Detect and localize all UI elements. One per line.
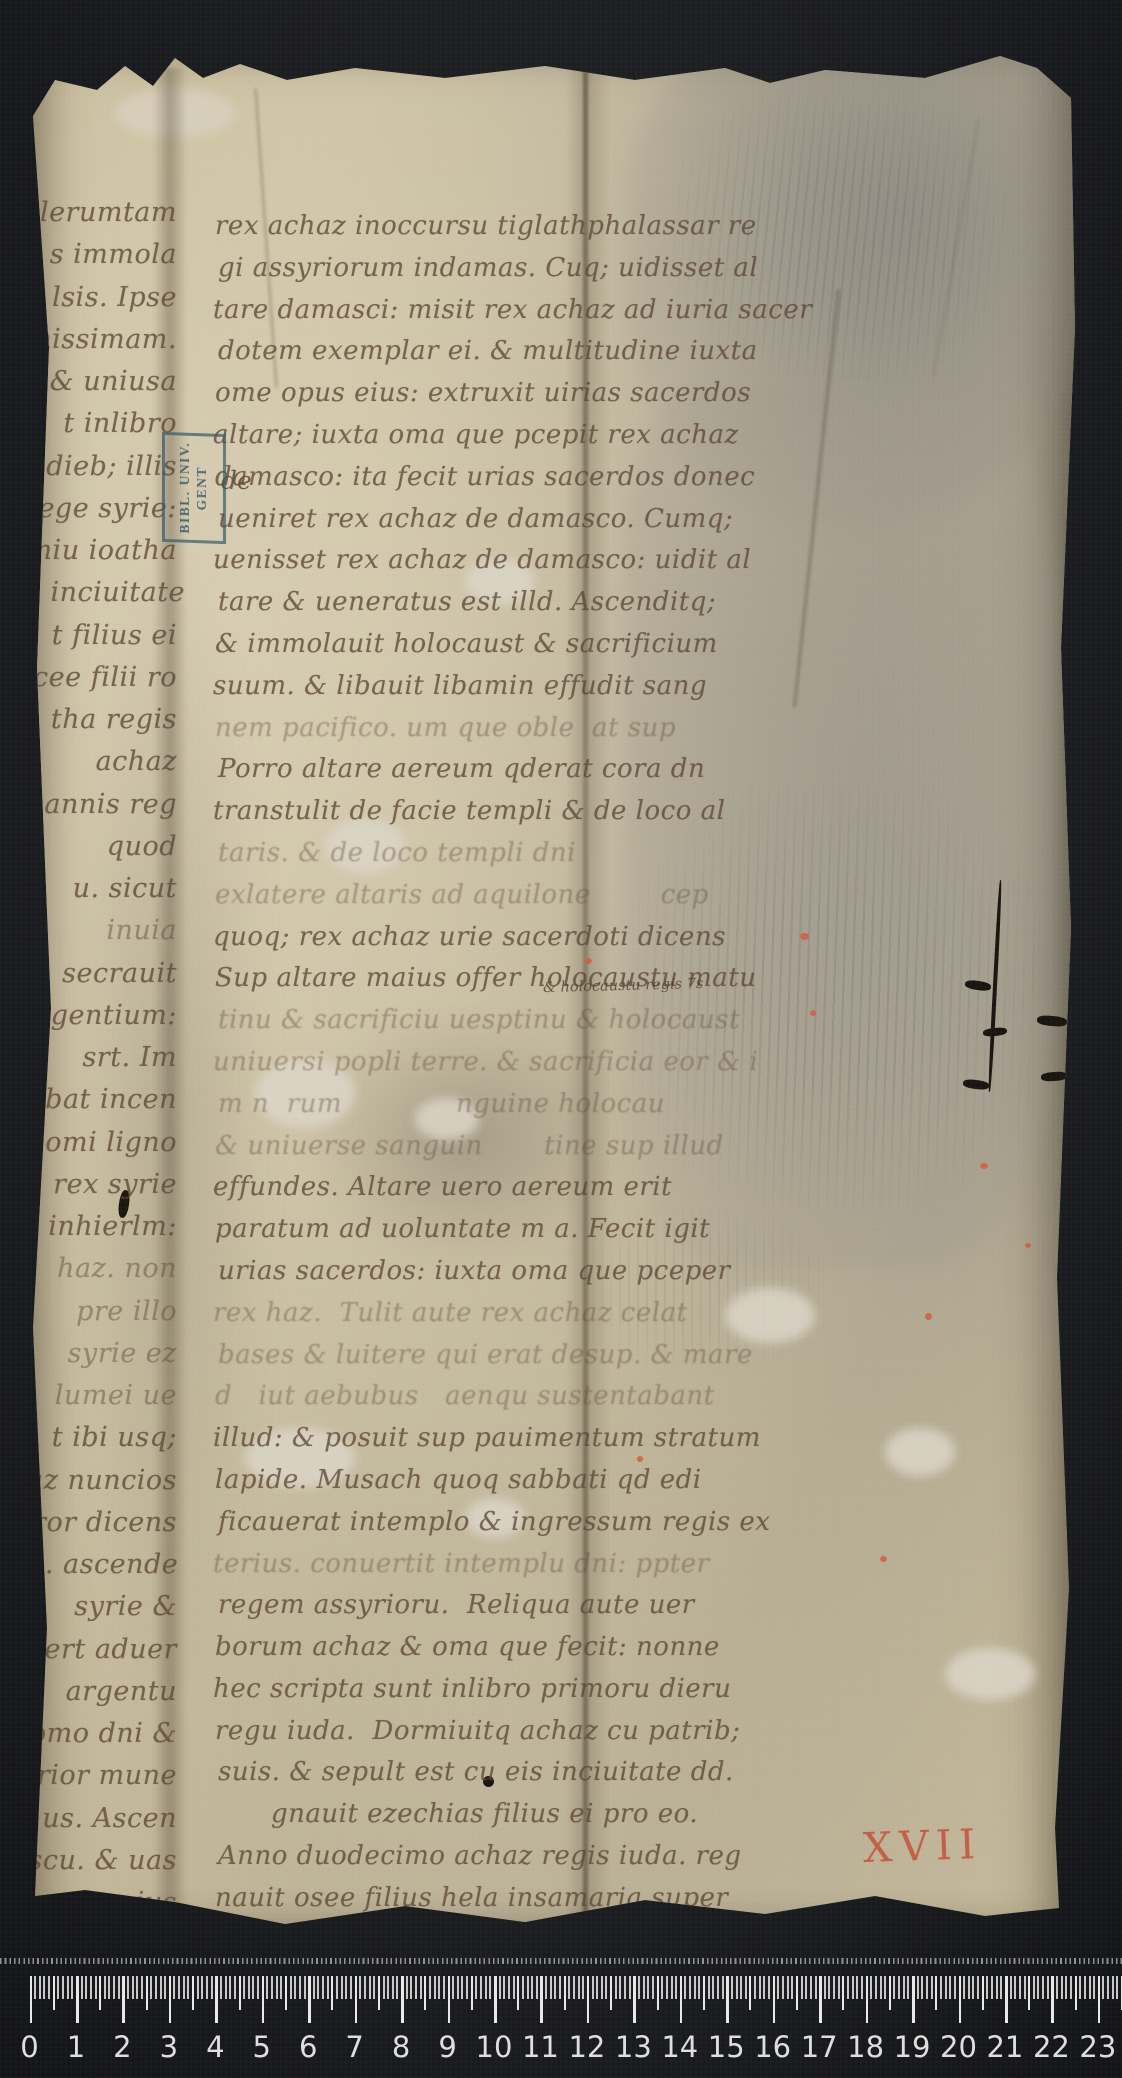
ruler-tick [225,1976,227,1999]
ruler-tick [271,1976,273,1999]
ruler-tick [907,1976,909,1999]
ruler-number: 11 [522,2030,559,2064]
manuscript-line: t filius ei [27,615,177,657]
ruler-tick [643,1976,645,1999]
ruler-tick [132,1976,134,1999]
ruler-tick [448,1976,451,2023]
ruler-tick [164,1976,166,1999]
stamp-line-1: BIBL. UNIV. [177,442,194,534]
ruler-tick [355,1976,358,2023]
manuscript-line: dieb; illis [27,446,177,488]
ruler-tick [187,1976,189,1999]
ruler-tick [183,1976,185,1999]
ruler-tick [810,1976,812,1999]
ruler-tick [350,1976,352,1999]
ruler-tick [610,1976,612,2010]
ruler-tick [197,1976,199,1999]
manuscript-line: s inciuitate [27,572,177,614]
ruler-tick [1079,1976,1081,1999]
manuscript-photograph: lerumtams immolalsis. Ipsenissimam.& uni… [0,0,1122,2078]
manuscript-line: transtulit de facie templi & de loco al [213,791,893,833]
ruler-tick [508,1976,510,1999]
ruler-tick [912,1976,915,2023]
manuscript-line: & uniuerse sanguin tine sup illud [215,1126,895,1168]
ruler-tick [736,1976,738,1999]
ruler-tick [160,1976,162,1999]
ruler-tick [280,1976,282,1999]
ruler-number: 20 [940,2030,977,2064]
ruler-tick [763,1976,765,1999]
ruler-tick [866,1976,869,2023]
ruler-tick [1005,1976,1008,2023]
ruler-tick [1042,1976,1044,1999]
ruler-tick [903,1976,905,1999]
ruler-tick [499,1976,501,1999]
red-fleck [980,1163,988,1169]
manuscript-line: niu ioatha [27,530,177,572]
ruler-tick [43,1976,45,1999]
manuscript-line: t ibi usq; [27,1417,177,1459]
ruler-tick [1014,1976,1016,1999]
ruler-tick [234,1976,236,1999]
ruler-tick [336,1976,338,1999]
manuscript-line: ores eius [27,1882,177,1924]
ruler-tick [838,1976,840,1999]
sewing-slit [965,979,992,992]
ruler-tick [977,1976,979,1999]
ruler-tick [856,1976,858,1999]
ruler-tick [875,1976,877,1999]
ruler-tick [415,1976,417,1999]
manuscript-line: regu iuda. Dormiuitq achaz cu patrib; [215,1711,895,1753]
ruler-number: 13 [615,2030,652,2064]
ruler-number: 19 [894,2030,931,2064]
ruler-tick [1107,1976,1109,1999]
ruler-tick [554,1976,556,1999]
manuscript-line: effundes. Altare uero aereum erit [213,1167,893,1209]
ruler-tick [471,1976,473,2010]
sewing-slit [1037,1015,1068,1028]
ruler-tick [527,1976,529,1999]
manuscript-line: tinu & sacrificiu uesptinu & holocaust [218,1000,898,1042]
ruler-number: 9 [438,2030,456,2064]
manuscript-line: secrauit [27,953,177,995]
ruler-tick [229,1976,231,1999]
ruler-tick [146,1976,148,2010]
ruler-tick [726,1976,729,2023]
ruler-tick [777,1976,779,1999]
parchment-page: lerumtams immolalsis. Ipsenissimam.& uni… [25,28,1075,1950]
ruler-tick [424,1976,426,2010]
ruler-tick [819,1976,822,2023]
ruler-tick [1084,1976,1086,1999]
ruler-tick [661,1976,663,1999]
ruler-tick [155,1976,157,1999]
sewing-slit [983,1027,1008,1037]
manuscript-line: tare & ueneratus est illd. Ascenditq; [218,582,898,624]
ruler-tick [1098,1976,1101,2023]
manuscript-line: paratum ad uoluntate m a. Fecit igit [215,1209,895,1251]
manuscript-line: gnauit ezechias filius ei pro eo. [213,1794,893,1836]
ruler-tick [345,1976,347,1999]
ruler-tick [299,1976,301,1999]
ruler-tick [968,1976,970,1999]
ruler-tick [99,1976,101,2010]
ruler-number: 10 [476,2030,513,2064]
ruler-tick [48,1976,50,1999]
ruler-tick [675,1976,677,1999]
ruler-tick [1112,1976,1114,1999]
ruler-tick [1065,1976,1067,1999]
ruler-tick [276,1976,278,1999]
manuscript-line: urias sacerdos: iuxta oma que pceper [218,1251,898,1293]
ruler-tick [982,1976,984,2010]
manuscript-line: omi ligno [27,1122,177,1164]
stamp-line-2: GENT [194,466,211,511]
ruler-tick [671,1976,673,1999]
ruler-tick [917,1976,919,1999]
manuscript-line: illud: & posuit sup pauimentum stratum [213,1418,893,1460]
ruler-tick [1033,1976,1035,1999]
ruler-tick [341,1976,343,1999]
ruler-tick [387,1976,389,1999]
ruler-tick [1047,1976,1049,1999]
ruler-tick [262,1976,265,2023]
ruler-tick [684,1976,686,1999]
ruler-tick [550,1976,552,1999]
ruler-tick [401,1976,404,2023]
ruler-tick [489,1976,491,1999]
ruler-tick [475,1976,477,1999]
manuscript-line: cee filii ro [27,657,177,699]
ruler-tick [173,1976,175,1999]
ruler-tick [931,1976,933,1999]
manuscript-line: nissimam. [27,319,177,361]
ruler-tick [466,1976,468,1999]
ruler-tick [178,1976,180,1999]
ruler-tick [536,1976,538,1999]
ruler-tick [1028,1976,1030,2010]
ruler-tick [587,1976,590,2023]
ruler-number: 0 [20,2030,38,2064]
ruler-number: 22 [1033,2030,1070,2064]
ruler-tick [842,1976,844,2010]
ruler-tick [592,1976,594,1999]
manuscript-line: inuia [27,910,177,952]
ruler-tick [940,1976,942,1999]
ruler-tick [127,1976,129,1999]
ruler-number: 5 [253,2030,271,2064]
ruler-tick [62,1976,64,1999]
manuscript-line: lsis. Ipse [27,277,177,319]
manuscript-line: scu. & uas [27,1840,177,1882]
ruler-tick [313,1976,315,1999]
ruler-mm-dash-row [0,1958,1122,1964]
ruler-tick [828,1976,830,1999]
ruler-tick [652,1976,654,1999]
abrasion-patch [885,1428,955,1476]
ruler-tick [201,1976,203,1999]
ruler-tick [294,1976,296,1999]
ruler-tick [629,1976,631,1999]
manuscript-line: m n rum nguine holocau [218,1084,898,1126]
ruler-tick [963,1976,965,1999]
ruler-tick [420,1976,422,1999]
ruler-tick [1024,1976,1026,1999]
manuscript-line: gentium: [27,995,177,1037]
ruler-tick [266,1976,268,1999]
manuscript-line: & uniusa [27,361,177,403]
manuscript-line: nem pacifico. um que oble at sup [215,708,895,750]
ruler-tick [257,1976,259,1999]
ruler-tick [861,1976,863,1999]
ruler-number: 18 [847,2030,884,2064]
manuscript-line: uniuersi popli terre. & sacrificia eor &… [213,1042,893,1084]
ruler-tick [689,1976,691,1999]
ruler-tick [559,1976,561,1999]
manuscript-line: u. ascende [27,1544,177,1586]
ruler-tick [712,1976,714,1999]
ruler-tick [740,1976,742,1999]
manuscript-line: us. Ascen [27,1798,177,1840]
ruler-tick [410,1976,412,1999]
ruler-tick [1037,1976,1039,1999]
ruler-tick [605,1976,607,1999]
ruler-tick [898,1976,900,1999]
manuscript-line: rex haz. Tulit aute rex achaz celat [213,1293,893,1335]
ruler-tick [666,1976,668,1999]
ruler-tick [429,1976,431,1999]
ruler-tick [452,1976,454,1999]
ruler-tick [749,1976,751,2010]
manuscript-line: ert aduer [27,1629,177,1671]
ruler-tick [531,1976,533,1999]
ruler-tick [540,1976,543,2023]
ruler-tick [959,1976,962,2023]
ruler-tick [434,1976,436,1999]
ruler-tick [996,1976,998,1999]
ruler-tick [893,1976,895,1999]
sewing-slit [963,1078,990,1090]
ruler-tick [308,1976,311,2023]
manuscript-line: u. sicut [27,868,177,910]
red-fleck [925,1313,932,1320]
ruler-tick [1093,1976,1095,1999]
ruler-tick [81,1976,83,1999]
ruler-tick [317,1976,319,1999]
ruler: 01234567891011121314151617181920212223 [0,1956,1122,2078]
ruler-tick [39,1976,41,1999]
manuscript-line: & immolauit holocaust & sacrificium [215,624,895,666]
ruler-tick [596,1976,598,1999]
ruler-tick [192,1976,194,2010]
ruler-tick [322,1976,324,1999]
ruler-tick [986,1976,988,1999]
ruler-tick [824,1976,826,1999]
ruler-tick [1116,1976,1118,1999]
ruler-tick [1056,1976,1058,1999]
manuscript-line: tha regis [27,699,177,741]
crease-line [932,120,979,376]
ruler-number: 2 [113,2030,131,2064]
ruler-tick [461,1976,463,1999]
ruler-tick [833,1976,835,1999]
ruler-tick [503,1976,505,1999]
manuscript-line: lumei ue [27,1375,177,1417]
manuscript-line: quoq; rex achaz urie sacerdoti dicens [213,917,893,959]
ruler-tick [564,1976,566,2010]
ruler-tick [373,1976,375,1999]
ruler-tick [248,1976,250,1999]
manuscript-line: rex achaz inoccursu tiglathphalassar re [215,206,895,248]
ruler-tick [1051,1976,1054,2023]
ruler-tick [619,1976,621,1999]
ruler-tick [745,1976,747,1999]
ruler-number: 15 [708,2030,745,2064]
ruler-tick [1102,1976,1104,1999]
sewing-slit [1041,1071,1068,1082]
ruler-tick [90,1976,92,1999]
ruler-tick [392,1976,394,1999]
ruler-tick [889,1976,891,2010]
ruler-tick [615,1976,617,1999]
red-fleck [1025,1243,1031,1248]
ruler-tick [369,1976,371,1999]
ruler-tick [396,1976,398,1999]
manuscript-line: borum achaz & oma que fecit: nonne [215,1627,895,1669]
ruler-number: 7 [345,2030,363,2064]
manuscript-line: dotem exemplar ei. & multitudine iuxta [218,331,898,373]
ruler-tick [169,1976,172,2023]
ruler-tick [1000,1976,1002,1999]
ruler-number: 8 [392,2030,410,2064]
ruler-number: 16 [754,2030,791,2064]
ruler-tick [754,1976,756,1999]
ruler-tick [211,1976,213,1999]
ruler-tick [759,1976,761,1999]
ruler-tick [847,1976,849,1999]
manuscript-line: achaz [27,741,177,783]
manuscript-line: quod [27,826,177,868]
ruler-tick [680,1976,683,2023]
ruler-tick [773,1976,776,2023]
ruler-tick [545,1976,547,1999]
ruler-tick [76,1976,79,2023]
ruler-tick [252,1976,254,1999]
ruler-tick [624,1976,626,1999]
ruler-tick [383,1976,385,1999]
ruler-tick [457,1976,459,1999]
ruler-number: 1 [67,2030,85,2064]
ruler-number: 17 [801,2030,838,2064]
ruler-tick [331,1976,333,2010]
ruler-tick [698,1976,700,1999]
ruler-number: 4 [206,2030,224,2064]
ruler-tick [30,1976,33,2023]
ruler-tick [118,1976,120,1999]
ruler-tick [935,1976,937,2010]
ruler-tick [378,1976,380,2010]
manuscript-line: taris. & de loco templi dni [218,833,898,875]
ruler-tick [870,1976,872,1999]
ruler-tick [327,1976,329,1999]
ruler-tick [220,1976,222,1999]
manuscript-line: exlatere altaris ad aquilone cep [215,875,895,917]
ruler-tick [206,1976,208,1999]
manuscript-line: damasco: ita fecit urias sacerdos donec [215,457,895,499]
manuscript-line: ueniret rex achaz de damasco. Cumq; [218,499,898,541]
manuscript-line: omo dni & [27,1713,177,1755]
ruler-tick [95,1976,97,1999]
ruler-tick [85,1976,87,1999]
ruler-tick [573,1976,575,1999]
ruler-tick [801,1976,803,1999]
ruler-number: 14 [661,2030,698,2064]
manuscript-line: lerumtam [27,192,177,234]
manuscript-line: gi assyriorum indamas. Cuq; uidisset al [218,248,898,290]
ruler-tick [796,1976,798,2010]
ruler-tick [782,1976,784,1999]
manuscript-line: az nuncios [27,1460,177,1502]
ruler-tick [722,1976,724,1999]
ruler-tick [1075,1976,1077,2010]
ruler-tick [1019,1976,1021,1999]
ruler-tick [1089,1976,1091,1999]
manuscript-line: d iut aebubus aenqu sustentabant [215,1376,895,1418]
ruler-tick [239,1976,241,2010]
manuscript-line: uenisset rex achaz de damasco: uidit al [213,540,893,582]
ruler-tick [136,1976,138,1999]
manuscript-line: srt. Im [27,1037,177,1079]
manuscript-line: bases & luitere qui erat desup. & mare [218,1335,898,1377]
manuscript-line: pre illo [27,1291,177,1333]
ruler-tick [787,1976,789,1999]
ruler-tick [601,1976,603,1999]
ruler-number: 12 [568,2030,605,2064]
ruler-tick [694,1976,696,1999]
manuscript-line: t inlibro [27,403,177,445]
ruler-tick [34,1976,36,1999]
ruler-tick [972,1976,974,1999]
abrasion-patch [945,1648,1035,1700]
ruler-tick [921,1976,923,1999]
ruler-tick [1070,1976,1072,1999]
ruler-tick [113,1976,115,1999]
ruler-tick [815,1976,817,1999]
ruler-tick [954,1976,956,1999]
ruler-tick [438,1976,440,1999]
ruler-tick [443,1976,445,1999]
ruler-tick [285,1976,287,2010]
manuscript-line: suum. & libauit libamin effudit sang [213,666,893,708]
manuscript-line: ebat incen [27,1079,177,1121]
ruler-tick [57,1976,59,1999]
ruler-number: 6 [299,2030,317,2064]
ruler-tick [141,1976,143,1999]
ruler-tick [215,1976,218,2023]
ruler-tick [359,1976,361,1999]
manuscript-line: syrie ez [27,1333,177,1375]
ruler-tick [717,1976,719,1999]
ruler-tick [150,1976,152,1999]
manuscript-line: ficauerat intemplo & ingressum regis ex [218,1502,898,1544]
manuscript-line: suis. & sepult est cu eis inciuitate dd. [218,1752,898,1794]
manuscript-line: lapide. Musach quoq sabbati qd edi [215,1460,895,1502]
ruler-tick [104,1976,106,1999]
ruler-tick [945,1976,947,1999]
ruler-tick [494,1976,497,2023]
ruler-tick [71,1976,73,1999]
